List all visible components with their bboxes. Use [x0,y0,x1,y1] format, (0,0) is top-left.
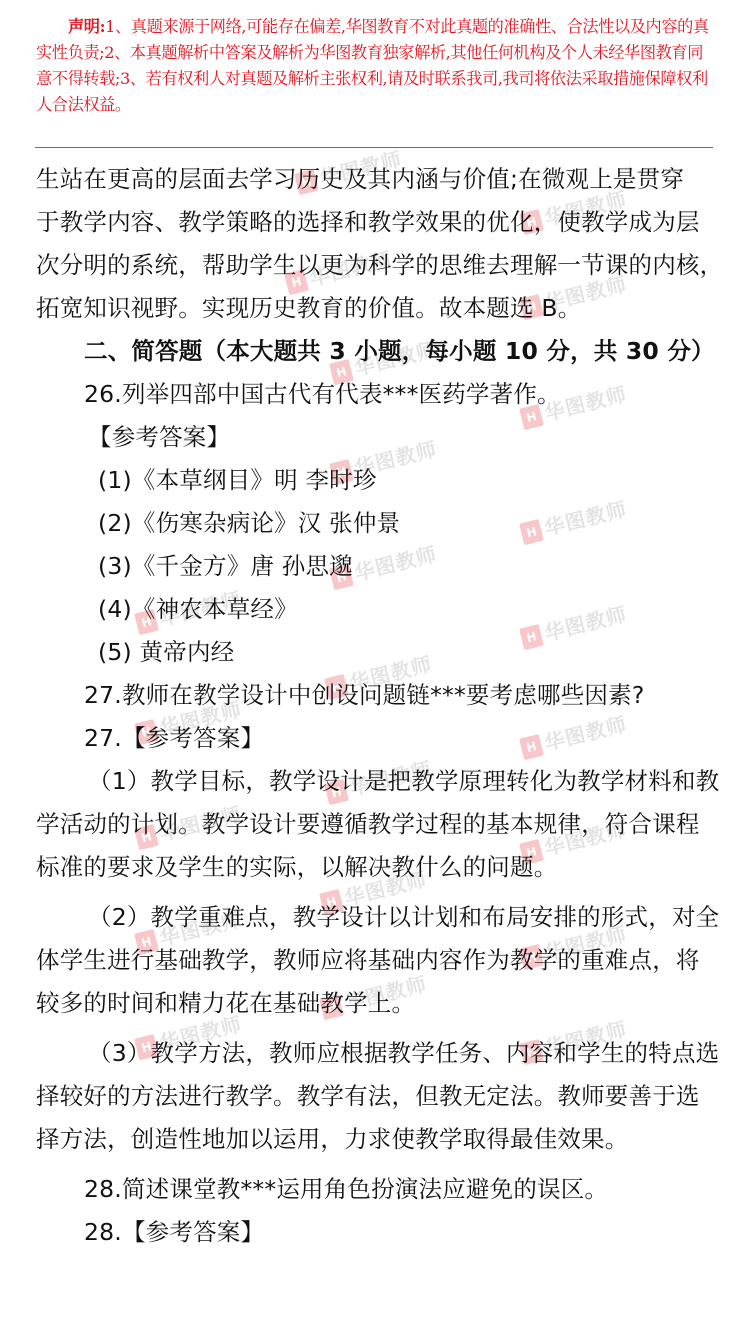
answer-label-28: 28.【参考答案】 [84,1213,264,1247]
disclaimer: 声明:1、真题来源于网络,可能存在偏差,华图教育不对此真题的准确性、合法性以及内… [36,14,714,118]
watermark-logo-icon: H [519,624,544,650]
answer-item: (1)《本草纲目》明 李时珍 [98,461,377,495]
question-28: 28.简述课堂教***运用角色扮演法应避免的误区。 [84,1170,608,1204]
answer-label-26: 【参考答案】 [88,418,230,452]
paragraph-line: 标准的要求及学生的实际，以解决教什么的问题。 [36,848,557,882]
watermark: H华图教师 [517,591,643,659]
paragraph-line: 于教学内容、教学策略的选择和教学效果的优化，使教学成为层 [36,203,700,237]
divider [35,147,713,148]
question-27: 27.教师在教学设计中创设问题链***要考虑哪些因素? [84,676,645,710]
answer-item: (4)《神农本草经》 [98,590,298,624]
question-26: 26.列举四部中国古代有代表***医药学著作。 [84,375,561,409]
paragraph-line: 择较好的方法进行教学。教学有法，但教无定法。教师要善于选 [36,1077,700,1111]
paragraph-line: （3）教学方法，教师应根据教学任务、内容和学生的特点选 [88,1034,719,1068]
section-heading: 二、简答题（本大题共 3 小题，每小题 10 分，共 30 分） [84,332,715,366]
watermark-logo-icon: H [519,734,544,760]
answer-item: (5) 黄帝内经 [98,633,234,667]
answer-item: (2)《伤寒杂病论》汉 张仲景 [98,504,400,538]
answer-label-27: 27.【参考答案】 [84,719,264,753]
watermark-logo-icon: H [519,519,544,545]
paragraph-line: 拓宽知识视野。实现历史教育的价值。故本题选 B。 [36,289,581,323]
disclaimer-text: 1、真题来源于网络,可能存在偏差,华图教育不对此真题的准确性、合法性以及内容的真… [36,17,709,114]
paragraph-line: 学活动的计划。教学设计要遵循教学过程的基本规律，符合课程 [36,805,700,839]
paragraph-line: （2）教学重难点，教学设计以计划和布局安排的形式，对全 [88,898,719,932]
answer-item: (3)《千金方》唐 孙思邈 [98,547,353,581]
paragraph-line: （1）教学目标，教学设计是把教学原理转化为教学材料和教 [88,762,719,796]
disclaimer-lead: 声明: [68,17,105,36]
paragraph-line: 择方法，创造性地加以运用，力求使教学取得最佳效果。 [36,1120,629,1154]
paragraph-line: 次分明的系统，帮助学生以更为科学的思维去理解一节课的内核， [36,246,723,280]
watermark: H华图教师 [517,701,643,769]
paragraph-line: 生站在更高的层面去学习历史及其内涵与价值;在微观上是贯穿 [36,160,684,194]
watermark: H华图教师 [517,486,643,554]
paragraph-line: 体学生进行基础教学，教师应将基础内容作为教学的重难点，将 [36,941,700,975]
paragraph-line: 较多的时间和精力花在基础教学上。 [36,984,415,1018]
